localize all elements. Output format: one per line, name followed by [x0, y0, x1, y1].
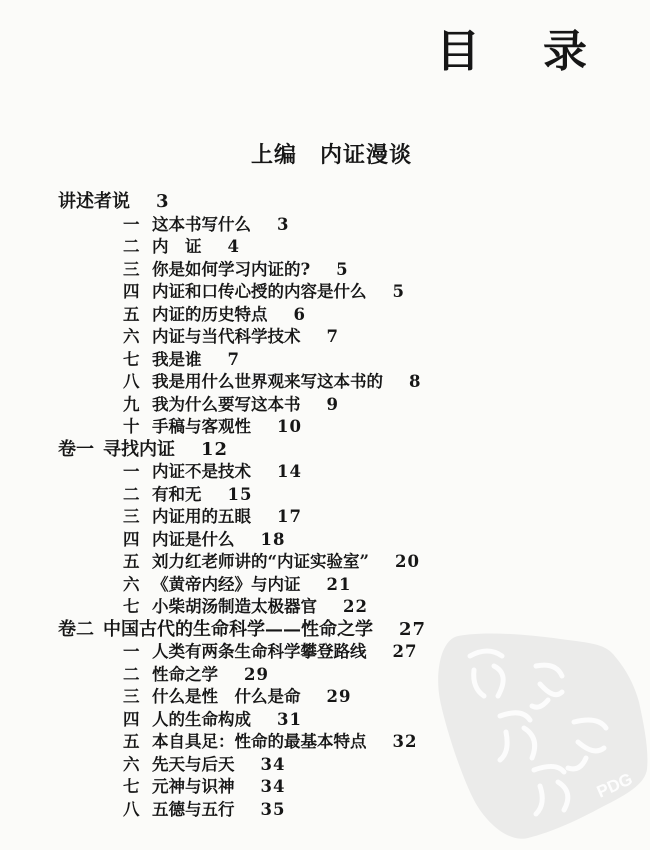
- entry-page-number: 34: [261, 777, 286, 796]
- entry-title: 讲述者说: [58, 191, 130, 212]
- entry-title: 五德与五行: [152, 800, 235, 819]
- toc-item-entry: 三什么是性 什么是命29: [58, 686, 618, 709]
- entry-number: 四: [123, 281, 152, 304]
- entry-number: 六: [123, 574, 152, 597]
- entry-page-number: 15: [228, 485, 253, 504]
- entry-number: 四: [123, 529, 152, 552]
- toc-section-entry: 讲述者说3: [58, 191, 618, 214]
- entry-title: 本自具足：性命的最基本特点: [152, 732, 367, 751]
- entry-page-number: 27: [399, 619, 426, 640]
- entry-number: 十: [123, 416, 152, 439]
- page-title-char-2: 录: [543, 26, 587, 77]
- toc-item-entry: 一内证不是技术14: [58, 461, 618, 484]
- entry-number: 三: [123, 686, 152, 709]
- entry-number: 二: [123, 236, 152, 259]
- toc-item-entry: 五本自具足：性命的最基本特点32: [58, 731, 618, 754]
- entry-number: 一: [123, 214, 152, 237]
- toc-item-entry: 二有和无15: [58, 484, 618, 507]
- entry-number: 五: [123, 304, 152, 327]
- entry-title: 我为什么要写这本书: [152, 395, 301, 414]
- toc-item-entry: 四内证是什么18: [58, 529, 618, 552]
- toc-section-entry: 卷一寻找内证12: [58, 439, 618, 462]
- entry-page-number: 35: [261, 800, 286, 819]
- entry-page-number: 22: [343, 597, 368, 616]
- entry-page-number: 21: [327, 575, 352, 594]
- entry-title: 内证的历史特点: [152, 305, 268, 324]
- entry-title: 内证不是技术: [152, 462, 251, 481]
- entry-page-number: 32: [393, 732, 418, 751]
- entry-title: 内证是什么: [152, 530, 235, 549]
- entry-title: 人的生命构成: [152, 710, 251, 729]
- entry-title: 刘力红老师讲的“内证实验室”: [152, 552, 369, 571]
- entry-number: 七: [123, 349, 152, 372]
- entry-title: 你是如何学习内证的?: [152, 260, 310, 279]
- toc-item-entry: 五刘力红老师讲的“内证实验室”20: [58, 551, 618, 574]
- entry-page-number: 6: [294, 305, 306, 324]
- toc-item-entry: 七小柴胡汤制造太极器官22: [58, 596, 618, 619]
- entry-number: 八: [123, 799, 152, 822]
- entry-title: 内证与当代科学技术: [152, 327, 301, 346]
- entry-title: 什么是性 什么是命: [152, 687, 301, 706]
- entry-title: 内证用的五眼: [152, 507, 251, 526]
- entry-page-number: 9: [327, 395, 339, 414]
- entry-title: 《黄帝内经》与内证: [152, 575, 301, 594]
- toc-item-entry: 四内证和口传心授的内容是什么5: [58, 281, 618, 304]
- page-title: 目录: [436, 28, 587, 76]
- scanned-book-page: 目录 上编 内证漫谈 讲述者说3一这本书写什么3二内 证4三你是如何学习内证的?…: [0, 0, 650, 850]
- entry-page-number: 10: [277, 417, 302, 436]
- entry-number: 一: [123, 641, 152, 664]
- toc-item-entry: 四人的生命构成31: [58, 709, 618, 732]
- toc-section-entry: 卷二中国古代的生命科学——性命之学27: [58, 619, 618, 642]
- toc-item-entry: 八五德与五行35: [58, 799, 618, 822]
- entry-page-number: 7: [327, 327, 339, 346]
- entry-title: 内证和口传心授的内容是什么: [152, 282, 367, 301]
- toc-item-entry: 三内证用的五眼17: [58, 506, 618, 529]
- toc-item-entry: 五内证的历史特点6: [58, 304, 618, 327]
- entry-number: 八: [123, 371, 152, 394]
- entry-number: 一: [123, 461, 152, 484]
- toc-item-entry: 八我是用什么世界观来写这本书的8: [58, 371, 618, 394]
- entry-title: 先天与后天: [152, 755, 235, 774]
- toc-item-entry: 一这本书写什么3: [58, 214, 618, 237]
- entry-page-number: 7: [228, 350, 240, 369]
- entry-number: 六: [123, 326, 152, 349]
- entry-number: 二: [123, 664, 152, 687]
- entry-number: 七: [123, 776, 152, 799]
- entry-page-number: 4: [228, 237, 240, 256]
- entry-title: 我是谁: [152, 350, 202, 369]
- entry-number: 九: [123, 394, 152, 417]
- entry-number: 三: [123, 506, 152, 529]
- toc-list: 讲述者说3一这本书写什么3二内 证4三你是如何学习内证的?5四内证和口传心授的内…: [58, 191, 618, 821]
- entry-number: 四: [123, 709, 152, 732]
- entry-page-number: 27: [393, 642, 418, 661]
- entry-number: 五: [123, 731, 152, 754]
- entry-number: 卷一: [58, 439, 94, 460]
- toc-item-entry: 十手稿与客观性10: [58, 416, 618, 439]
- entry-number: 七: [123, 596, 152, 619]
- entry-title: 有和无: [152, 485, 202, 504]
- entry-page-number: 3: [277, 215, 289, 234]
- toc-item-entry: 三你是如何学习内证的?5: [58, 259, 618, 282]
- toc-item-entry: 六内证与当代科学技术7: [58, 326, 618, 349]
- entry-title: 性命之学: [152, 665, 218, 684]
- toc-item-entry: 二性命之学29: [58, 664, 618, 687]
- toc-item-entry: 二内 证4: [58, 236, 618, 259]
- entry-page-number: 34: [261, 755, 286, 774]
- entry-page-number: 5: [336, 260, 348, 279]
- entry-page-number: 29: [327, 687, 352, 706]
- entry-title: 我是用什么世界观来写这本书的: [152, 372, 383, 391]
- page-title-char-1: 目: [436, 26, 480, 77]
- entry-page-number: 17: [277, 507, 302, 526]
- toc-item-entry: 七我是谁7: [58, 349, 618, 372]
- entry-number: 五: [123, 551, 152, 574]
- entry-title: 元神与识神: [152, 777, 235, 796]
- entry-title: 手稿与客观性: [152, 417, 251, 436]
- entry-number: 六: [123, 754, 152, 777]
- entry-page-number: 8: [409, 372, 421, 391]
- entry-title: 寻找内证: [103, 439, 175, 460]
- entry-page-number: 20: [395, 552, 420, 571]
- entry-page-number: 18: [261, 530, 286, 549]
- entry-title: 内 证: [152, 237, 202, 256]
- entry-title: 这本书写什么: [152, 215, 251, 234]
- entry-number: 三: [123, 259, 152, 282]
- entry-page-number: 14: [277, 462, 302, 481]
- entry-page-number: 29: [244, 665, 269, 684]
- entry-page-number: 12: [201, 439, 228, 460]
- toc-item-entry: 六先天与后天34: [58, 754, 618, 777]
- entry-page-number: 5: [393, 282, 405, 301]
- entry-page-number: 31: [277, 710, 302, 729]
- entry-title: 人类有两条生命科学攀登路线: [152, 642, 367, 661]
- entry-page-number: 3: [156, 191, 170, 212]
- toc-item-entry: 六《黄帝内经》与内证21: [58, 574, 618, 597]
- toc-item-entry: 七元神与识神34: [58, 776, 618, 799]
- entry-title: 中国古代的生命科学——性命之学: [103, 619, 373, 640]
- entry-number: 卷二: [58, 619, 94, 640]
- entry-title: 小柴胡汤制造太极器官: [152, 597, 317, 616]
- toc-item-entry: 一人类有两条生命科学攀登路线27: [58, 641, 618, 664]
- entry-number: 二: [123, 484, 152, 507]
- part-header: 上编 内证漫谈: [0, 138, 650, 169]
- toc-item-entry: 九我为什么要写这本书9: [58, 394, 618, 417]
